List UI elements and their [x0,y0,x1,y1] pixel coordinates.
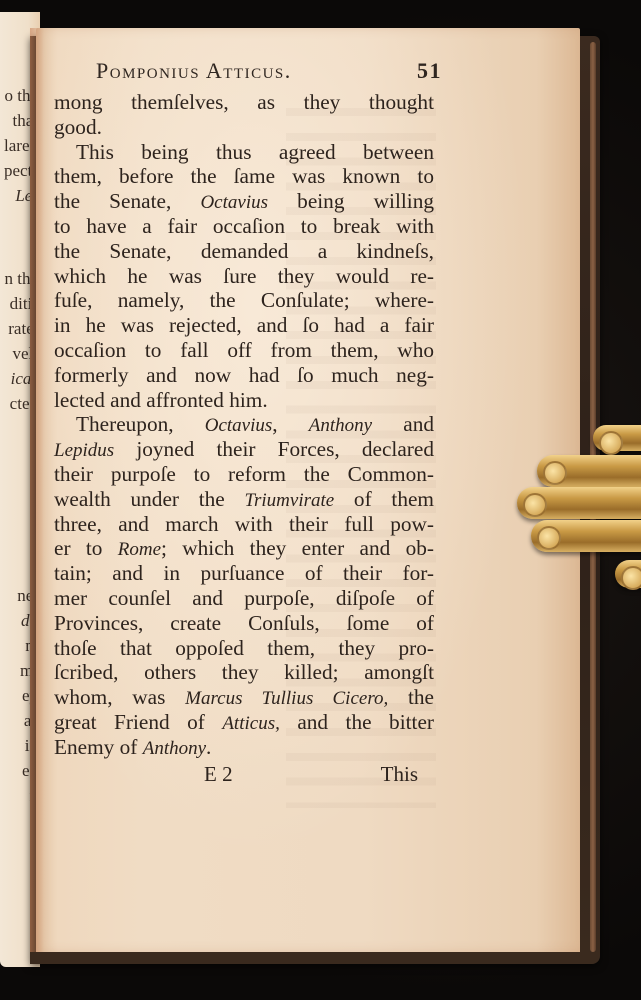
italic-name: Lepidus [54,440,114,461]
text-line: mong themſelves, as they thought [54,90,434,115]
text-run: wealth under the [54,487,244,511]
italic-name: Anthony [309,415,372,436]
text-run: occaſion to fall off from them, who [54,338,434,362]
text-line: mer counſel and purpoſe, diſpoſe of [54,586,434,611]
italic-name: Octavius [205,415,273,436]
text-run: in he was rejected, and ſo had a fair [54,313,434,337]
running-head: Pomponius Atticus. 51 [54,56,434,90]
text-line: great Friend of Atticus, and the bitter [54,710,434,735]
text-run: mong themſelves, as they thought [54,90,434,114]
text-run: the [388,685,434,709]
text-line: fuſe, namely, the Conſulate; where- [54,288,434,313]
text-run: to have a fair occaſion to break with [54,214,434,238]
bookmark-finger-2 [537,455,641,487]
text-run: mer counſel and purpoſe, diſpoſe of [54,586,434,610]
text-run: which he was ſure they would re- [54,264,434,288]
text-line: Lepidus joyned their Forces, declared [54,437,434,462]
text-run: ; which they enter and ob- [161,536,434,560]
text-run: thoſe that oppoſed them, they pro- [54,636,434,660]
page-content: Pomponius Atticus. 51 mong themſelves, a… [54,56,434,790]
text-line: Provinces, create Conſuls, ſome of [54,611,434,636]
italic-name: Anthony [143,738,206,759]
running-head-title: Pomponius Atticus. [96,58,292,84]
text-run: of them [334,487,434,511]
text-line: formerly and now had ſo much neg- [54,363,434,388]
text-line: which he was ſure they would re- [54,264,434,289]
text-line: their purpoſe to reform the Common- [54,462,434,487]
text-line: This being thus agreed between [54,140,434,165]
text-run: good. [54,115,102,139]
text-run: and [372,412,434,436]
text-run: joyned their Forces, declared [114,437,434,461]
text-line: to have a fair occaſion to break with [54,214,434,239]
text-run: three, and march with their full pow- [54,512,434,536]
text-line: ſcribed, others they killed; amongſt [54,660,434,685]
text-line: lected and affronted him. [54,388,434,413]
text-run: fuſe, namely, the Conſulate; where- [54,288,434,312]
page-footer: E 2 This [54,762,434,790]
text-run: . [206,735,211,759]
text-run: This being thus agreed between [76,140,434,164]
text-line: tain; and in purſuance of their for- [54,561,434,586]
italic-name: Rome [118,539,161,560]
text-run: formerly and now had ſo much neg- [54,363,434,387]
text-run: their purpoſe to reform the Common- [54,462,434,486]
text-run: and the bitter [280,710,434,734]
text-run: er to [54,536,118,560]
text-run: lected and affronted him. [54,388,268,412]
italic-name: Triumvirate [244,490,334,511]
text-run: Enemy of [54,735,143,759]
text-run: ſcribed, others they killed; amongſt [54,660,434,684]
page-number: 51 [417,58,442,84]
text-run: , [272,412,308,436]
text-line: thoſe that oppoſed them, they pro- [54,636,434,661]
book-photo-scene: o thethatlaredpect-Le-n thediti-rate,vel… [0,0,641,1000]
signature-mark: E 2 [204,762,233,787]
catchword: This [381,762,418,787]
text-line: Enemy of Anthony. [54,735,434,760]
text-line: occaſion to fall off from them, who [54,338,434,363]
italic-name: Atticus, [222,713,280,734]
text-run: whom, was [54,685,185,709]
italic-name: Marcus Tullius Cicero, [185,688,388,709]
text-line: the Senate, Octavius being willing [54,189,434,214]
text-line: three, and march with their full pow- [54,512,434,537]
text-line: er to Rome; which they enter and ob- [54,536,434,561]
bookmark-finger-4 [531,520,641,552]
text-run: Provinces, create Conſuls, ſome of [54,611,434,635]
text-run: Thereupon, [76,412,205,436]
bookmark-finger-1 [593,425,641,451]
text-line: the Senate, demanded a kindneſs, [54,239,434,264]
text-run: the Senate, [54,189,200,213]
bookmark-finger-3 [517,487,641,519]
text-run: being willing [268,189,434,213]
text-line: wealth under the Triumvirate of them [54,487,434,512]
text-line: them, before the ſame was known to [54,164,434,189]
text-run: great Friend of [54,710,222,734]
text-run: the Senate, demanded a kindneſs, [54,239,434,263]
gutter-shadow [30,28,44,952]
text-run: them, before the ſame was known to [54,164,434,188]
bookmark-thumb [615,560,641,588]
text-line: good. [54,115,434,140]
body-text: mong themſelves, as they thoughtgood.Thi… [54,90,434,760]
text-run: tain; and in purſuance of their for- [54,561,434,585]
italic-name: Octavius [200,192,268,213]
text-line: whom, was Marcus Tullius Cicero, the [54,685,434,710]
book-page: Pomponius Atticus. 51 mong themſelves, a… [36,28,580,952]
text-line: Thereupon, Octavius, Anthony and [54,412,434,437]
gold-hand-bookmark [515,425,641,590]
text-line: in he was rejected, and ſo had a fair [54,313,434,338]
